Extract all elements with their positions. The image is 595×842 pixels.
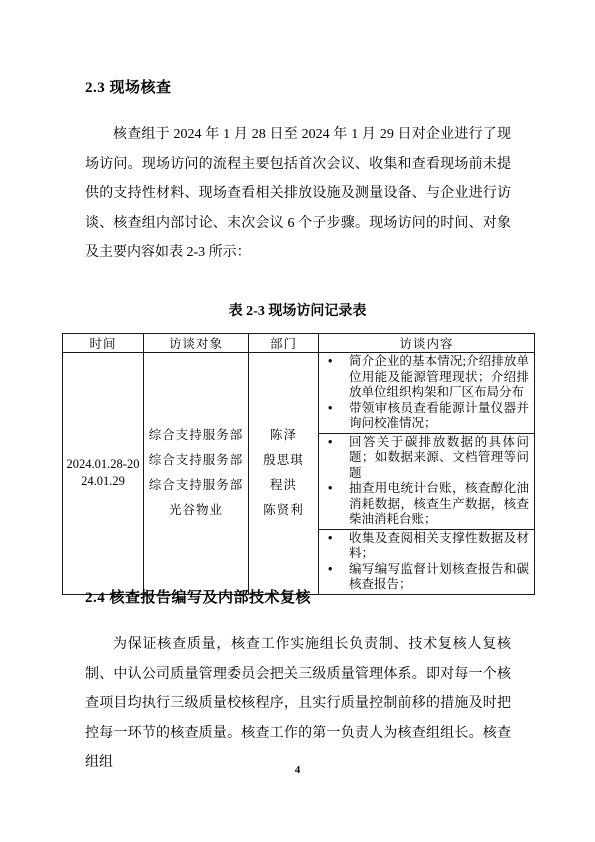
department-name-line: 殷思琪	[249, 448, 318, 473]
bullet-item: 抽查用电统计台账，核查醇化油消耗数据，核查生产数据，核查柴油消耗台账；	[325, 481, 529, 528]
table-header-row: 时间 访谈对象 部门 访谈内容	[63, 334, 535, 353]
section-2-3-paragraph: 核查组于 2024 年 1 月 28 日至 2024 年 1 月 29 日对企业…	[85, 120, 511, 268]
bullet-icon	[325, 401, 349, 417]
bullet-item: 回答关于碳排放数据的具体问题；如数据来源、文档管理等问题	[325, 435, 529, 482]
cell-department: 陈泽 殷思琪 程洪 陈贤利	[249, 353, 319, 595]
department-name-line: 程洪	[249, 473, 318, 498]
bullet-text: 回答关于碳排放数据的具体问题；如数据来源、文档管理等问题	[349, 435, 529, 482]
page-number: 4	[0, 764, 595, 776]
column-header-interview-content: 访谈内容	[319, 334, 535, 353]
cell-interview-content-group-3: 收集及查阅相关支撑性数据及材料； 编写编写监督计划核查报告和碳核查报告；	[319, 529, 535, 594]
section-2-3-heading: 2.3 现场核查	[85, 78, 511, 98]
bullet-icon	[325, 531, 349, 547]
bullet-item: 收集及查阅相关支撑性数据及材料；	[325, 531, 529, 562]
department-name-line: 陈泽	[249, 423, 318, 448]
column-header-department: 部门	[249, 334, 319, 353]
interview-target-line: 综合支持服务部	[144, 448, 248, 473]
bullet-icon	[325, 481, 349, 497]
bullet-text: 抽查用电统计台账，核查醇化油消耗数据，核查生产数据，核查柴油消耗台账；	[349, 481, 529, 528]
bullet-text: 收集及查阅相关支撑性数据及材料；	[349, 531, 529, 562]
document-page: 2.3 现场核查 核查组于 2024 年 1 月 28 日至 2024 年 1 …	[0, 0, 595, 842]
table-row: 2024.01.28-2024.01.29 综合支持服务部 综合支持服务部 综合…	[63, 353, 535, 434]
bullet-icon	[325, 354, 349, 370]
bullet-text: 简介企业的基本情况;介绍排放单位用能及能源管理现状；介绍排放单位组织构架和厂区布…	[349, 354, 529, 401]
interview-target-line: 综合支持服务部	[144, 423, 248, 448]
site-visit-record-table: 时间 访谈对象 部门 访谈内容 2024.01.28-2024.01.29 综合…	[62, 333, 535, 595]
section-2-4-paragraph: 为保证核查质量，核查工作实施组长负责制、技术复核人复核制、中认公司质量管理委员会…	[85, 630, 511, 778]
bullet-item: 带领审核员查看能源计量仪器并询问校准情况；	[325, 401, 529, 432]
cell-interview-content-group-2: 回答关于碳排放数据的具体问题；如数据来源、文档管理等问题 抽查用电统计台账，核查…	[319, 433, 535, 529]
cell-interview-target: 综合支持服务部 综合支持服务部 综合支持服务部 光谷物业	[144, 353, 249, 595]
table-2-3-title: 表 2-3 现场访问记录表	[0, 300, 595, 320]
bullet-icon	[325, 435, 349, 451]
interview-target-line: 光谷物业	[144, 498, 248, 523]
bullet-icon	[325, 562, 349, 578]
column-header-time: 时间	[63, 334, 144, 353]
bullet-text: 带领审核员查看能源计量仪器并询问校准情况；	[349, 401, 529, 432]
department-name-line: 陈贤利	[249, 498, 318, 523]
cell-interview-content-group-1: 简介企业的基本情况;介绍排放单位用能及能源管理现状；介绍排放单位组织构架和厂区布…	[319, 353, 535, 434]
interview-target-line: 综合支持服务部	[144, 473, 248, 498]
column-header-interview-target: 访谈对象	[144, 334, 249, 353]
bullet-item: 简介企业的基本情况;介绍排放单位用能及能源管理现状；介绍排放单位组织构架和厂区布…	[325, 354, 529, 401]
section-2-4-heading: 2.4 核查报告编写及内部技术复核	[85, 588, 511, 608]
cell-time: 2024.01.28-2024.01.29	[63, 353, 144, 595]
